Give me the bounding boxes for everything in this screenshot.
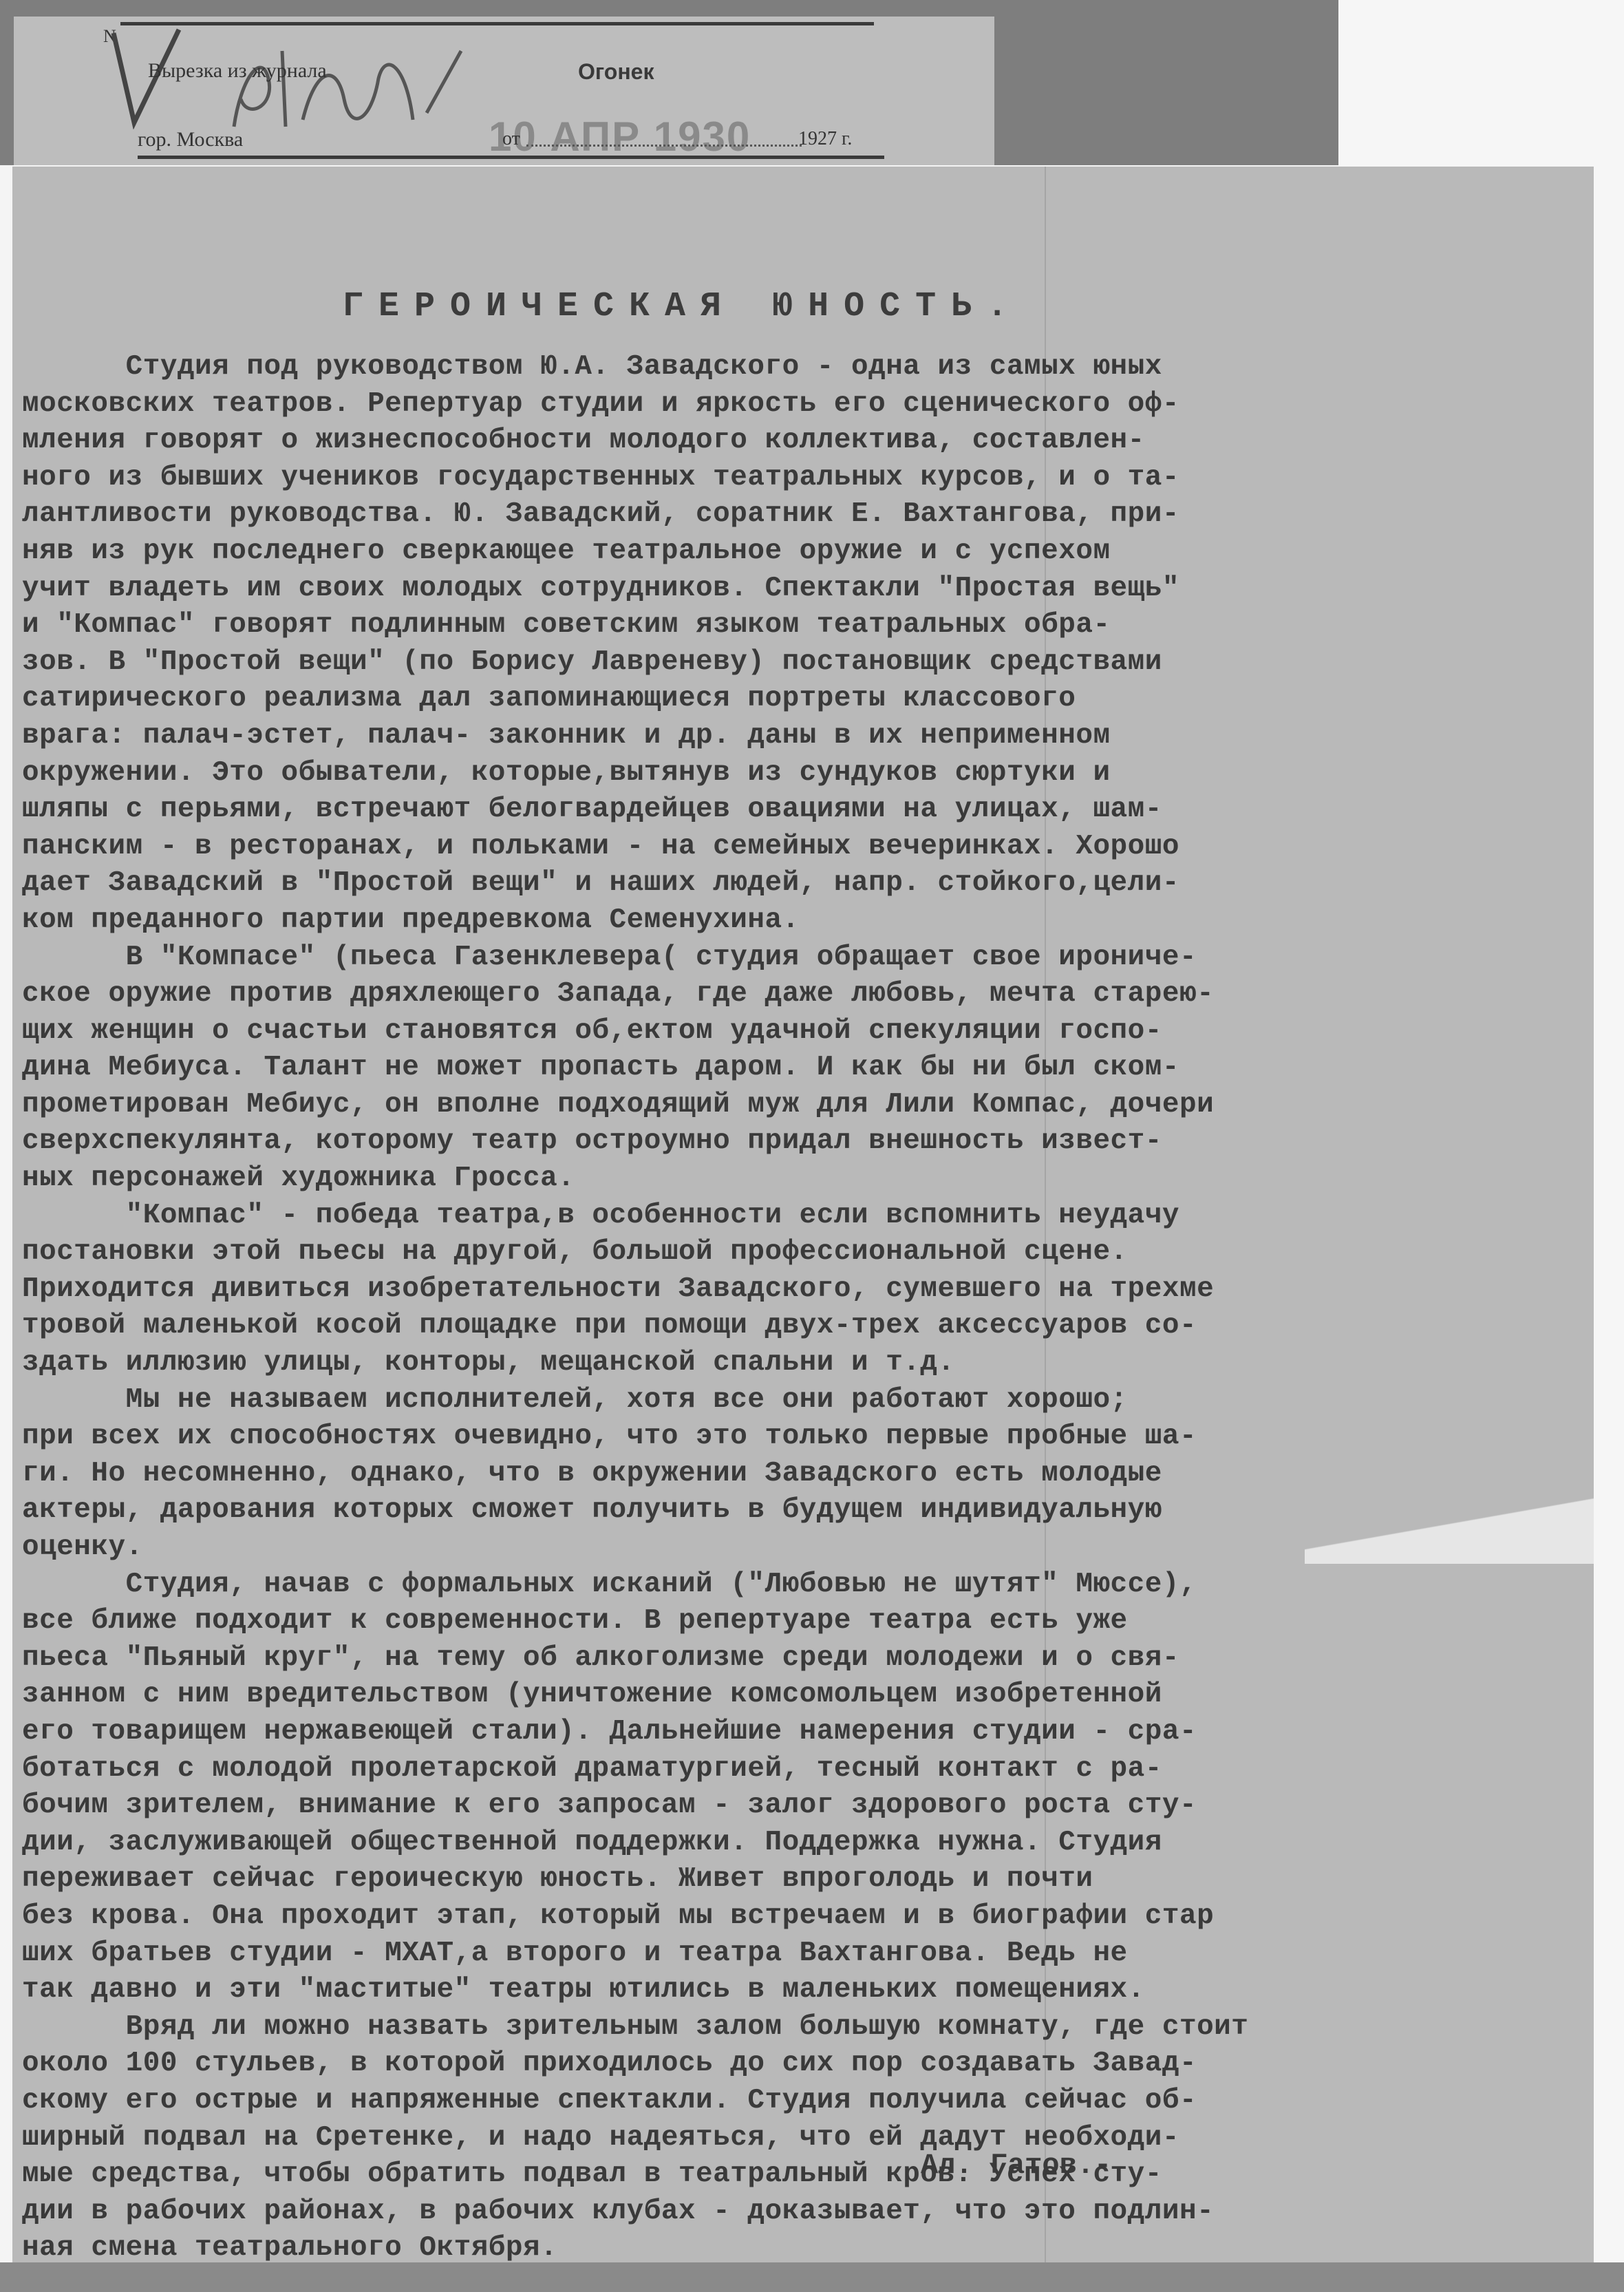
article-line: переживает сейчас героическую юность. Жи… (22, 1861, 1584, 1898)
article-line: ботаться с молодой пролетарской драматур… (22, 1751, 1584, 1788)
article-line: щих женщин о счастьи становятся об,ектом… (22, 1013, 1584, 1050)
article-line: няв из рук последнего сверкающее театрал… (22, 533, 1584, 571)
article-line: пьеса "Пьяный круг", на тему об алкоголи… (22, 1640, 1584, 1677)
article-line: его товарищем нержавеющей стали). Дальне… (22, 1714, 1584, 1751)
article-line: без крова. Она проходит этап, который мы… (22, 1898, 1584, 1935)
article-line: дает Завадский в "Простой вещи" и наших … (22, 865, 1584, 902)
article-line: ная смена театрального Октября. (22, 2230, 1584, 2267)
article-line: так давно и эти "маститые" театры ютилис… (22, 1972, 1584, 2009)
article-line: учит владеть им своих молодых сотруднико… (22, 571, 1584, 608)
date-dotted-line (526, 145, 802, 147)
article-line: панским - в ресторанах, и польками - на … (22, 829, 1584, 866)
article-line: ширный подвал на Сретенке, и надо надеят… (22, 2120, 1584, 2157)
magazine-name: Огонек (578, 59, 654, 85)
article-line: Вряд ли можно назвать зрительным залом б… (22, 2009, 1584, 2046)
article-line: дии в рабочих районах, в рабочих клубах … (22, 2194, 1584, 2231)
article-line: оценку. (22, 1529, 1584, 1567)
article-line: Студия под руководством Ю.А. Завадского … (22, 349, 1584, 386)
article-line: врага: палач-эстет, палач- законник и др… (22, 718, 1584, 755)
article-line: постановки этой пьесы на другой, большой… (22, 1234, 1584, 1271)
label-top-rule (120, 22, 874, 25)
label-bottom-rule (138, 156, 884, 159)
article-line: ных персонажей художника Гросса. (22, 1160, 1584, 1198)
article-line: при всех их способностях очевидно, что э… (22, 1419, 1584, 1456)
article-line: актеры, дарования которых сможет получит… (22, 1492, 1584, 1529)
article-line: сатирического реализма дал запоминающиес… (22, 681, 1584, 718)
clipping-label: N Вырезка из журнала Огонек гор. Москва … (14, 17, 994, 165)
article-line: здать иллюзию улицы, конторы, мещанской … (22, 1345, 1584, 1382)
scan-bottom-edge (0, 2262, 1624, 2292)
article-line: ком преданного партии предревкома Семену… (22, 902, 1584, 940)
article-line: ших братьев студии - МХАТ,а второго и те… (22, 1935, 1584, 1973)
article-line: бочим зрителем, внимание к его запросам … (22, 1787, 1584, 1825)
article-line: "Компас" - победа театра,в особенности е… (22, 1198, 1584, 1235)
article-line: дии, заслуживающей общественной поддержк… (22, 1825, 1584, 1862)
article-line: мления говорят о жизнеспособности молодо… (22, 423, 1584, 460)
article-line: все ближе подходит к современности. В ре… (22, 1603, 1584, 1640)
article-line: ги. Но несомненно, однако, что в окружен… (22, 1456, 1584, 1493)
article-line: сверхспекулянта, которому театр остроумн… (22, 1123, 1584, 1160)
handwritten-number-icon (220, 37, 468, 134)
article-line: ское оружие против дряхлеющего Запада, г… (22, 976, 1584, 1013)
article-line: ного из бывших учеников государственных … (22, 460, 1584, 497)
printed-year: 1927 г. (798, 128, 852, 150)
typed-article-sheet: ГЕРОИЧЕСКАЯ ЮНОСТЬ. Студия под руководст… (12, 167, 1594, 2262)
article-title: ГЕРОИЧЕСКАЯ ЮНОСТЬ. (343, 287, 1023, 326)
article-line: дина Мебиуса. Талант не может пропасть д… (22, 1050, 1584, 1087)
article-line: около 100 стульев, в которой приходилось… (22, 2046, 1584, 2083)
article-line: окружении. Это обыватели, которые,вытяну… (22, 755, 1584, 792)
article-line: лантливости руководства. Ю. Завадский, с… (22, 496, 1584, 533)
article-line: Студия, начав с формальных исканий ("Люб… (22, 1567, 1584, 1604)
article-body: Студия под руководством Ю.А. Завадского … (22, 349, 1584, 2267)
article-line: скому его острые и напряженные спектакли… (22, 2083, 1584, 2120)
article-line: В "Компасе" (пьеса Газенклевера( студия … (22, 940, 1584, 977)
date-stamp: 10 АПР 1930 (489, 113, 751, 160)
city-label: гор. Москва (138, 128, 243, 151)
article-line: прометирован Мебиус, он вполне подходящи… (22, 1087, 1584, 1124)
date-from-label: от (502, 128, 520, 150)
article-line: мые средства, чтобы обратить подвал в те… (22, 2156, 1584, 2194)
source-label: Вырезка из журнала (148, 59, 327, 83)
article-line: и "Компас" говорят подлинным советским я… (22, 607, 1584, 644)
article-line: зов. В "Простой вещи" (по Борису Лаврене… (22, 644, 1584, 681)
article-line: шляпы с перьями, встречают белогвардейце… (22, 792, 1584, 829)
article-line: занном с ним вредительством (уничтожение… (22, 1677, 1584, 1714)
article-line: тровой маленькой косой площадке при помо… (22, 1308, 1584, 1345)
article-line: московских театров. Репертуар студии и я… (22, 386, 1584, 423)
author-signature: Ал. Гатов.- (921, 2149, 1111, 2182)
article-line: Мы не называем исполнителей, хотя все он… (22, 1382, 1584, 1419)
article-line: Приходится дивиться изобретательности За… (22, 1271, 1584, 1308)
